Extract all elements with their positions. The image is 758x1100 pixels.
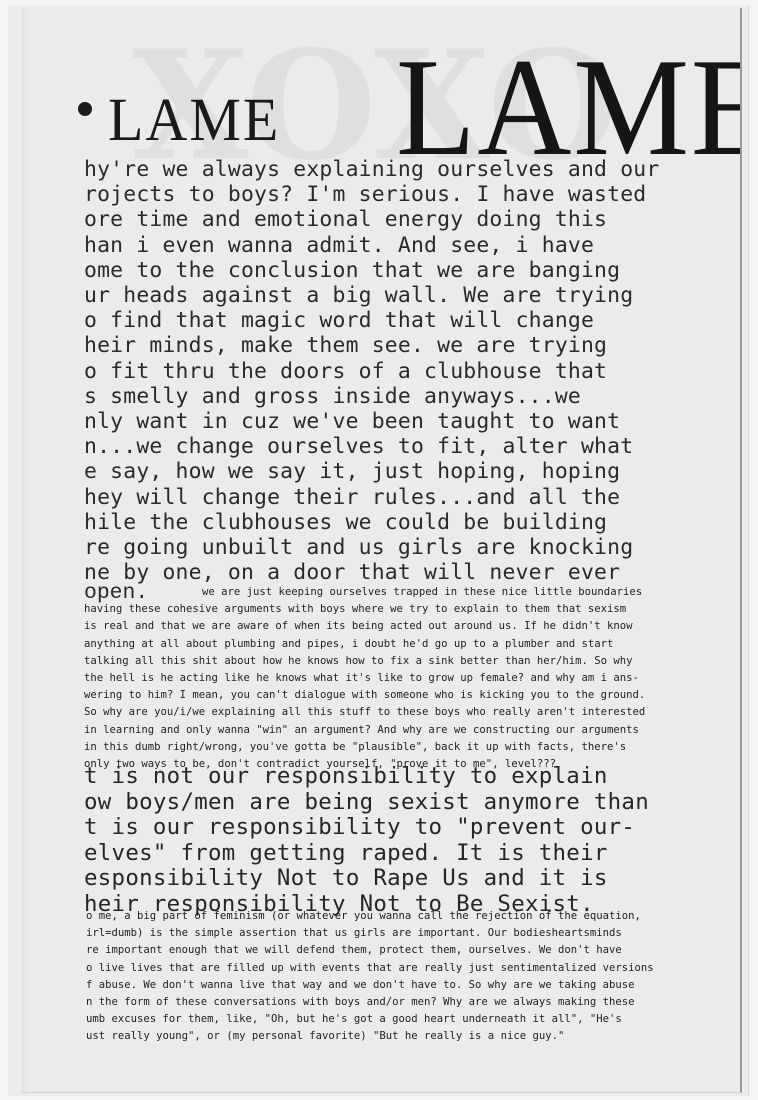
text-line: hey will change their rules...and all th…: [84, 485, 659, 510]
text-line: n...we change ourselves to fit, alter wh…: [84, 434, 659, 459]
text-line: o live lives that are filled up with eve…: [86, 960, 654, 977]
text-line: is real and that we are aware of when it…: [84, 618, 645, 635]
text-line: we are just keeping ourselves trapped in…: [84, 584, 645, 601]
text-line: anything at all about plumbing and pipes…: [84, 636, 645, 653]
text-line: re going unbuilt and us girls are knocki…: [84, 535, 659, 560]
paragraph-typewriter-1: hy're we always explaining ourselves and…: [84, 157, 659, 585]
text-line: wering to him? I mean, you can't dialogu…: [84, 687, 645, 704]
text-line: elves" from getting raped. It is their: [84, 841, 649, 867]
text-line: umb excuses for them, like, "Oh, but he'…: [86, 1011, 654, 1028]
text-line: o me, a big part of feminism (or whateve…: [86, 908, 654, 925]
text-line: hile the clubhouses we could be building: [84, 510, 659, 535]
text-line: having these cohesive arguments with boy…: [84, 601, 645, 618]
text-line: irl=dumb) is the simple assertion that u…: [86, 925, 654, 942]
text-line: nly want in cuz we've been taught to wan…: [84, 409, 659, 434]
text-line: rojects to boys? I'm serious. I have was…: [84, 182, 659, 207]
text-line: o fit thru the doors of a clubhouse that: [84, 359, 659, 384]
text-line: heir minds, make them see. we are trying: [84, 333, 659, 358]
text-line: talking all this shit about how he knows…: [84, 653, 645, 670]
text-line: f abuse. We don't wanna live that way an…: [86, 977, 654, 994]
text-line: ne by one, on a door that will never eve…: [84, 560, 659, 585]
bullet-icon: [78, 102, 92, 116]
text-line: ow boys/men are being sexist anymore tha…: [84, 790, 649, 816]
title-small: LAME: [108, 84, 280, 154]
text-line: o find that magic word that will change: [84, 308, 659, 333]
text-line: t is not our responsibility to explain: [84, 764, 649, 790]
text-line: in learning and only wanna "win" an argu…: [84, 722, 645, 739]
text-line: esponsibility Not to Rape Us and it is: [84, 866, 649, 892]
text-line: n the form of these conversations with b…: [86, 994, 654, 1011]
text-line: in this dumb right/wrong, you've gotta b…: [84, 739, 645, 756]
paragraph-small-2: o me, a big part of feminism (or whateve…: [86, 908, 654, 1046]
paragraph-small-1: we are just keeping ourselves trapped in…: [84, 584, 645, 773]
text-line: e say, how we say it, just hoping, hopin…: [84, 459, 659, 484]
text-line: re important enough that we will defend …: [86, 942, 654, 959]
text-line: t is our responsibility to "prevent our-: [84, 815, 649, 841]
text-line: the hell is he acting like he knows what…: [84, 670, 645, 687]
text-line: hy're we always explaining ourselves and…: [84, 157, 659, 182]
title-row: LAME LAME: [78, 44, 738, 154]
text-line: ome to the conclusion that we are bangin…: [84, 258, 659, 283]
text-line: han i even wanna admit. And see, i have: [84, 233, 659, 258]
text-line: ore time and emotional energy doing this: [84, 207, 659, 232]
text-line: ust really young", or (my personal favor…: [86, 1028, 654, 1045]
text-line: So why are you/i/we explaining all this …: [84, 704, 645, 721]
text-line: s smelly and gross inside anyways...we: [84, 384, 659, 409]
text-line: ur heads against a big wall. We are tryi…: [84, 283, 659, 308]
paragraph-typewriter-2: t is not our responsibility to explainow…: [84, 764, 649, 918]
